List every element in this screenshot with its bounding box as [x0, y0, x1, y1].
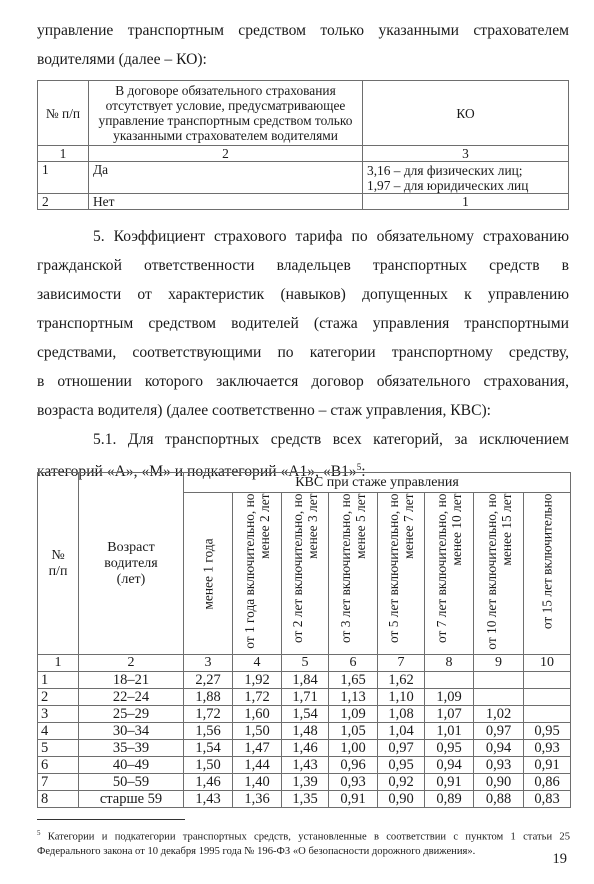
- footnote-marker: 5: [37, 829, 41, 837]
- intro-line-1: управление транспортным средством только…: [37, 16, 569, 45]
- kvs-value-cell: 1,05: [329, 723, 378, 740]
- kvs-value-cell: 0,95: [378, 757, 425, 774]
- kvs-value-cell: 1,72: [184, 706, 233, 723]
- kvs-value-cell: 1,72: [233, 689, 282, 706]
- experience-label: менее 1 года: [201, 493, 216, 654]
- kvs-colnum: 1: [38, 655, 79, 672]
- kvs-header-age: Возраст водителя (лет): [79, 473, 184, 655]
- kvs-experience-header: менее 1 года: [184, 493, 233, 655]
- kvs-colnum-row: 12345678910: [38, 655, 571, 672]
- kvs-value-cell: 1,44: [233, 757, 282, 774]
- kvs-row-age: 22–24: [79, 689, 184, 706]
- ko-row-value: 3,16 – для физических лиц; 1,97 – для юр…: [363, 162, 569, 194]
- kvs-body: 118–212,271,921,841,651,62222–241,881,72…: [38, 672, 571, 808]
- table-row: 1 Да 3,16 – для физических лиц; 1,97 – д…: [38, 162, 569, 194]
- kvs-value-cell: 1,48: [282, 723, 329, 740]
- section-5-line: зависимости от характеристик (навыков) д…: [37, 280, 569, 309]
- kvs-value-cell: 1,92: [233, 672, 282, 689]
- kvs-value-cell: [524, 706, 571, 723]
- kvs-value-cell: 1,10: [378, 689, 425, 706]
- footnote: 5 Категории и подкатегории транспортных …: [37, 826, 570, 859]
- kvs-row-age: старше 59: [79, 791, 184, 808]
- kvs-value-cell: 0,97: [378, 740, 425, 757]
- kvs-value-cell: 1,40: [233, 774, 282, 791]
- kvs-table: № п/п Возраст водителя (лет) КВС при ста…: [37, 472, 571, 808]
- kvs-value-cell: 1,71: [282, 689, 329, 706]
- kvs-value-cell: [524, 672, 571, 689]
- experience-label: от 2 лет включительно, но менее 3 лет: [290, 493, 320, 654]
- kvs-value-cell: 0,95: [524, 723, 571, 740]
- kvs-value-cell: [425, 672, 474, 689]
- section-5-line: средствами, соответствующими по категори…: [37, 338, 569, 367]
- kvs-experience-header: от 1 года включительно, но менее 2 лет: [233, 493, 282, 655]
- table-row: 750–591,461,401,390,930,920,910,900,86: [38, 774, 571, 791]
- kvs-value-cell: 0,89: [425, 791, 474, 808]
- section-5-line: в отношении которого заключается договор…: [37, 367, 569, 396]
- kvs-header-row: № п/п Возраст водителя (лет) КВС при ста…: [38, 473, 571, 493]
- ko-value-line-2: 1,97 – для юридических лиц: [367, 178, 564, 193]
- kvs-value-cell: 1,09: [425, 689, 474, 706]
- ko-row-num: 1: [38, 162, 89, 194]
- table-row: 222–241,881,721,711,131,101,09: [38, 689, 571, 706]
- kvs-colnum: 8: [425, 655, 474, 672]
- ko-header-ko: КО: [363, 81, 569, 146]
- page-number: 19: [553, 851, 568, 868]
- ko-header-num: № п/п: [38, 81, 89, 146]
- ko-table: № п/п В договоре обязательного страхован…: [37, 80, 569, 210]
- kvs-value-cell: 1,47: [233, 740, 282, 757]
- table-row: 2 Нет 1: [38, 194, 569, 210]
- kvs-value-cell: 1,84: [282, 672, 329, 689]
- kvs-row-age: 30–34: [79, 723, 184, 740]
- kvs-value-cell: 1,35: [282, 791, 329, 808]
- kvs-value-cell: 0,96: [329, 757, 378, 774]
- kvs-experience-header: от 2 лет включительно, но менее 3 лет: [282, 493, 329, 655]
- kvs-value-cell: 2,27: [184, 672, 233, 689]
- kvs-value-cell: [524, 689, 571, 706]
- experience-label: от 1 года включительно, но менее 2 лет: [242, 493, 272, 654]
- kvs-value-cell: 0,90: [378, 791, 425, 808]
- kvs-row-num: 8: [38, 791, 79, 808]
- section-5-line: 5. Коэффициент страхового тарифа по обяз…: [37, 222, 569, 251]
- kvs-value-cell: 1,00: [329, 740, 378, 757]
- footnote-text: Категории и подкатегории транспортных ср…: [37, 832, 570, 857]
- experience-label: от 15 лет включительно: [540, 493, 555, 654]
- kvs-colnum: 10: [524, 655, 571, 672]
- kvs-row-age: 40–49: [79, 757, 184, 774]
- kvs-value-cell: 1,54: [282, 706, 329, 723]
- experience-label: от 5 лет включительно, но менее 7 лет: [386, 493, 416, 654]
- kvs-header-num: № п/п: [38, 473, 79, 655]
- kvs-value-cell: 1,13: [329, 689, 378, 706]
- ko-row-value: 1: [363, 194, 569, 210]
- kvs-value-cell: 0,92: [378, 774, 425, 791]
- kvs-value-cell: 1,46: [282, 740, 329, 757]
- kvs-value-cell: 0,97: [474, 723, 524, 740]
- experience-label: от 3 лет включительно, но менее 5 лет: [338, 493, 368, 654]
- kvs-colnum: 6: [329, 655, 378, 672]
- intro-line-2: водителями (далее – КО):: [37, 45, 569, 74]
- kvs-value-cell: 1,65: [329, 672, 378, 689]
- kvs-colnum: 5: [282, 655, 329, 672]
- kvs-row-age: 50–59: [79, 774, 184, 791]
- kvs-colnum: 4: [233, 655, 282, 672]
- kvs-experience-header: от 10 лет включительно, но менее 15 лет: [474, 493, 524, 655]
- kvs-value-cell: 1,60: [233, 706, 282, 723]
- experience-label: от 7 лет включительно, но менее 10 лет: [434, 493, 464, 654]
- kvs-value-cell: 0,91: [425, 774, 474, 791]
- kvs-value-cell: 0,91: [329, 791, 378, 808]
- kvs-experience-header: от 5 лет включительно, но менее 7 лет: [378, 493, 425, 655]
- kvs-value-cell: 1,88: [184, 689, 233, 706]
- kvs-row-num: 6: [38, 757, 79, 774]
- kvs-row-num: 2: [38, 689, 79, 706]
- kvs-experience-header: от 3 лет включительно, но менее 5 лет: [329, 493, 378, 655]
- section-5-1-line-1: 5.1. Для транспортных средств всех катег…: [37, 425, 569, 454]
- table-row: 430–341,561,501,481,051,041,010,970,95: [38, 723, 571, 740]
- ko-colnum-row: 1 2 3: [38, 146, 569, 162]
- ko-row-condition: Да: [89, 162, 363, 194]
- section-5-line: возраста водителя) (далее соответственно…: [37, 396, 569, 425]
- kvs-value-cell: 0,83: [524, 791, 571, 808]
- kvs-value-cell: 1,43: [282, 757, 329, 774]
- kvs-row-num: 4: [38, 723, 79, 740]
- ko-colnum: 2: [89, 146, 363, 162]
- kvs-value-cell: 0,86: [524, 774, 571, 791]
- kvs-row-num: 3: [38, 706, 79, 723]
- kvs-header-group: КВС при стаже управления: [184, 473, 571, 493]
- kvs-row-age: 25–29: [79, 706, 184, 723]
- table-row: 118–212,271,921,841,651,62: [38, 672, 571, 689]
- ko-colnum: 1: [38, 146, 89, 162]
- table-row: 8старше 591,431,361,350,910,900,890,880,…: [38, 791, 571, 808]
- kvs-value-cell: 0,94: [474, 740, 524, 757]
- section-5-line: гражданской ответственности владельцев т…: [37, 251, 569, 280]
- ko-row-num: 2: [38, 194, 89, 210]
- ko-colnum: 3: [363, 146, 569, 162]
- kvs-value-cell: 0,91: [524, 757, 571, 774]
- kvs-value-cell: 1,09: [329, 706, 378, 723]
- ko-header-row: № п/п В договоре обязательного страхован…: [38, 81, 569, 146]
- kvs-value-cell: 0,88: [474, 791, 524, 808]
- experience-label: от 10 лет включительно, но менее 15 лет: [484, 493, 514, 654]
- kvs-value-cell: 1,43: [184, 791, 233, 808]
- kvs-value-cell: 0,95: [425, 740, 474, 757]
- kvs-value-cell: 1,54: [184, 740, 233, 757]
- kvs-value-cell: 0,90: [474, 774, 524, 791]
- kvs-value-cell: 1,56: [184, 723, 233, 740]
- kvs-row-num: 1: [38, 672, 79, 689]
- kvs-value-cell: 1,02: [474, 706, 524, 723]
- kvs-value-cell: 1,62: [378, 672, 425, 689]
- ko-value-line-1: 3,16 – для физических лиц;: [367, 163, 564, 178]
- table-row: 325–291,721,601,541,091,081,071,02: [38, 706, 571, 723]
- kvs-colnum: 7: [378, 655, 425, 672]
- table-row: 640–491,501,441,430,960,950,940,930,91: [38, 757, 571, 774]
- kvs-value-cell: 1,08: [378, 706, 425, 723]
- kvs-row-num: 7: [38, 774, 79, 791]
- kvs-experience-header: от 7 лет включительно, но менее 10 лет: [425, 493, 474, 655]
- kvs-experience-header: от 15 лет включительно: [524, 493, 571, 655]
- section-5-line: транспортным средством водителей (стажа …: [37, 309, 569, 338]
- kvs-value-cell: 1,01: [425, 723, 474, 740]
- kvs-value-cell: 1,50: [233, 723, 282, 740]
- kvs-value-cell: 1,07: [425, 706, 474, 723]
- kvs-colnum: 3: [184, 655, 233, 672]
- kvs-colnum: 2: [79, 655, 184, 672]
- table-row: 535–391,541,471,461,000,970,950,940,93: [38, 740, 571, 757]
- kvs-row-num: 5: [38, 740, 79, 757]
- footnote-separator: [37, 819, 185, 820]
- kvs-value-cell: 0,93: [524, 740, 571, 757]
- kvs-value-cell: 1,39: [282, 774, 329, 791]
- kvs-value-cell: 1,36: [233, 791, 282, 808]
- kvs-value-cell: [474, 689, 524, 706]
- kvs-value-cell: 0,94: [425, 757, 474, 774]
- ko-row-condition: Нет: [89, 194, 363, 210]
- kvs-colnum: 9: [474, 655, 524, 672]
- kvs-value-cell: 1,50: [184, 757, 233, 774]
- kvs-row-age: 18–21: [79, 672, 184, 689]
- kvs-value-cell: 0,93: [474, 757, 524, 774]
- kvs-row-age: 35–39: [79, 740, 184, 757]
- kvs-value-cell: [474, 672, 524, 689]
- kvs-value-cell: 0,93: [329, 774, 378, 791]
- kvs-value-cell: 1,04: [378, 723, 425, 740]
- ko-header-condition: В договоре обязательного страхования отс…: [89, 81, 363, 146]
- kvs-value-cell: 1,46: [184, 774, 233, 791]
